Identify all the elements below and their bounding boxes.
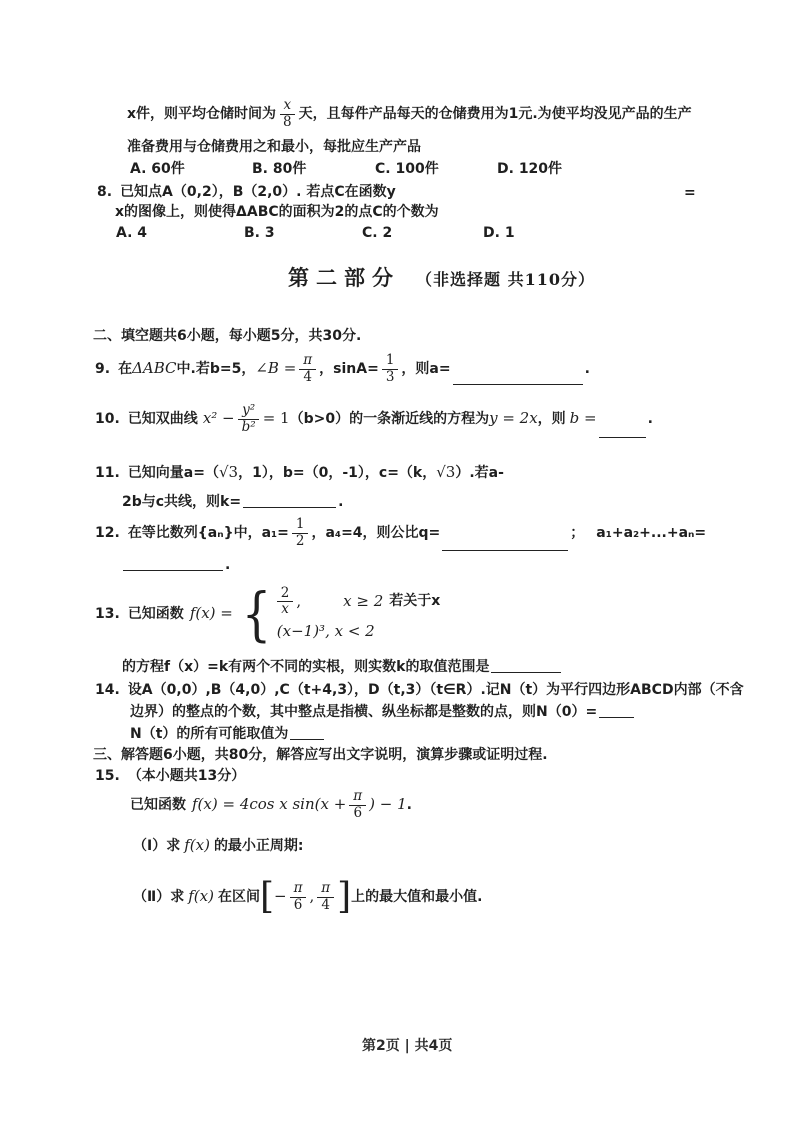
q11-line1: 11. 已知向量a=（ √3 ，1），b=（0，-1），c=（k， √3 ）.若… [95, 458, 504, 488]
left-brace-glyph: { [242, 585, 272, 643]
q12-fraction-1-over-2: 1 2 [292, 517, 309, 548]
fraction-denominator: b² [238, 420, 260, 435]
q7-option-d: D. 120件 [497, 160, 562, 178]
q15-fraction-pi-over-6: π 6 [349, 789, 366, 820]
option-label: B. 80件 [252, 160, 306, 178]
q10-line: 10. 已知双曲线 x² − y² b² = 1 （b>0）的一条渐近线的方程为… [95, 397, 653, 441]
q13-fx-equals: f(x) = [190, 604, 233, 624]
q7-option-a: A. 60件 [130, 160, 185, 178]
q12-line2: . [121, 556, 230, 574]
q10-math-eq1: = 1 [263, 409, 290, 429]
q8-line2-text: x的图像上，则使得ΔABC的面积为2的点C的个数为 [115, 203, 439, 221]
q9-period: . [585, 360, 590, 378]
q15-text-a: 已知函数 [130, 796, 186, 814]
right-bracket-glyph: ] [337, 879, 351, 915]
q8-option-d: D. 1 [483, 224, 515, 242]
option-label: C. 2 [362, 224, 392, 242]
q7-line1: x件，则平均仓储时间为 x 8 天，且每件产品每天的仓储费用为1元.为使平均没见… [127, 96, 692, 132]
q13-case1: 2 x , x ≥ 2 [277, 586, 383, 617]
q12-text-b: ，a₄=4，则公比q= [311, 524, 440, 542]
q9-fraction-pi-over-4: π 4 [299, 353, 316, 384]
q7-option-b: B. 80件 [252, 160, 306, 178]
q7-line2: 准备费用与仓储费用之和最小，每批应生产产品 [127, 138, 421, 156]
q9-triangle-abc: ΔABC [132, 359, 176, 379]
q13-line2: 的方程f（x）=k有两个不同的实根，则实数k的取值范围是 [122, 658, 563, 676]
exam-paper-page: x件，则平均仓储时间为 x 8 天，且每件产品每天的仓储费用为1元.为使平均没见… [0, 0, 793, 1122]
section3-intro: 三、解答题6小题，共80分，解答应写出文字说明，演算步骤或证明过程. [93, 746, 548, 764]
option-label: C. 100件 [375, 160, 439, 178]
section3-intro-text: 三、解答题6小题，共80分，解答应写出文字说明，演算步骤或证明过程. [93, 746, 548, 764]
q15-points-note: （本小题共13分） [128, 767, 245, 785]
fraction-denominator: 2 [292, 534, 309, 549]
fraction-numerator: 2 [277, 586, 294, 602]
q10-text-c: ，则 [538, 410, 566, 428]
q14-n0-blank [599, 705, 634, 718]
q15-part1-line: （Ⅰ）求 f(x) 的最小正周期: [133, 836, 304, 856]
q13-text-b: 若关于x [389, 592, 440, 610]
q13-line1: 13. 已知函数 f(x) = { 2 x , x ≥ 2 (x−1)³, x … [95, 582, 440, 646]
option-label: B. 3 [244, 224, 275, 242]
q7-text-post: 天，且每件产品每天的仓储费用为1元.为使平均没见产品的生产 [299, 105, 692, 123]
q8-line1-text: 已知点A（0,2），B（2,0）. 若点C在函数y [120, 183, 396, 201]
q12-line1: 12. 在等比数列{aₙ}中，a₁= 1 2 ，a₄=4，则公比q= ； a₁+… [95, 512, 706, 554]
q9-text-b: 中.若b=5， [177, 360, 256, 378]
fraction-numerator: 1 [292, 517, 309, 533]
fraction-denominator: 4 [299, 370, 316, 385]
fraction-numerator: π [317, 881, 334, 897]
q10-math-x2: x² − [203, 409, 235, 429]
q11-period: . [338, 493, 343, 511]
fraction-numerator: y² [238, 403, 259, 419]
q13-text-a: 已知函数 [128, 605, 184, 623]
q14-line1: 14. 设A（0,0）,B（4,0）,C（t+4,3），D（t,3）（t∈R）.… [95, 681, 744, 699]
fraction-numerator: π [290, 881, 307, 897]
q10-period: . [648, 410, 653, 428]
q7-fraction-x-over-8: x 8 [279, 98, 296, 129]
q13-case1-comma: , [296, 592, 301, 612]
q8-equals-sign: = [684, 184, 696, 202]
q13-case2-expression: (x−1)³, x < 2 [277, 622, 375, 642]
q13-number: 13. [95, 605, 120, 623]
q15-part2-fx: f(x) [188, 887, 214, 907]
q9-angle-b: ∠B = [255, 359, 296, 379]
q15-heading: 15. （本小题共13分） [95, 767, 245, 785]
equals-glyph: = [684, 184, 696, 202]
fraction-numerator: 1 [382, 353, 399, 369]
q13-case1-condition: x ≥ 2 [343, 592, 383, 612]
q15-part2-line: （Ⅱ）求 f(x) 在区间 [ − π 6 , π 4 ] 上的最大值和最小值. [133, 874, 482, 920]
fraction-denominator: 6 [290, 898, 307, 913]
q14-line3-text: N（t）的所有可能取值为 [130, 725, 288, 743]
q12-sum-blank [123, 558, 223, 571]
q7-text-pre: x件，则平均仓储时间为 [127, 105, 276, 123]
page-number-text: 第2页 | 共4页 [362, 1037, 452, 1055]
q8-line2: x的图像上，则使得ΔABC的面积为2的点C的个数为 [115, 203, 439, 221]
q13-case2: (x−1)³, x < 2 [277, 622, 383, 642]
q11-sqrt3-first: √3 [219, 463, 238, 483]
option-label: A. 60件 [130, 160, 185, 178]
fraction-numerator: π [299, 353, 316, 369]
q14-line3: N（t）的所有可能取值为 [130, 725, 326, 743]
fraction-denominator: 6 [349, 806, 366, 821]
q8-line1: 8. 已知点A（0,2），B（2,0）. 若点C在函数y [97, 183, 396, 201]
q9-answer-blank [453, 372, 583, 385]
q9-text-c: ，sinA= [319, 360, 379, 378]
fraction-denominator: 8 [279, 115, 296, 130]
fraction-denominator: 4 [317, 898, 334, 913]
option-label: D. 1 [483, 224, 515, 242]
q9-text-d: ，则a= [401, 360, 450, 378]
q11-line2: 2b与c共线，则k= . [122, 493, 343, 511]
q13-answer-blank [491, 660, 561, 673]
q15-part2-post: 上的最大值和最小值. [351, 888, 482, 906]
q10-math-y-2x: y = 2x [489, 409, 538, 429]
q10-math-b: b = [570, 409, 597, 429]
q9-number: 9. [95, 360, 110, 378]
q11-sqrt3-second: √3 [436, 463, 455, 483]
q15-number: 15. [95, 767, 120, 785]
left-bracket-glyph: [ [260, 879, 274, 915]
q15-part2-mid: 在区间 [218, 888, 260, 906]
part2-subtitle: （非选择题 共110分） [416, 270, 595, 291]
q15-part2-pre: （Ⅱ）求 [133, 888, 184, 906]
q10-text-a: 已知双曲线 [128, 410, 198, 428]
q15-part1-fx: f(x) [184, 836, 210, 856]
fraction-denominator: 3 [382, 370, 399, 385]
page-footer: 第2页 | 共4页 [362, 1037, 452, 1055]
q15-fraction-pi-over-6-interval: π 6 [290, 881, 307, 912]
q9-fraction-1-over-3: 1 3 [382, 353, 399, 384]
q9-text-a: 在 [118, 360, 132, 378]
q13-fraction-2-over-x: 2 x [277, 586, 294, 617]
q12-text-a: 在等比数列{aₙ}中，a₁= [128, 524, 289, 542]
q7-line2-text: 准备费用与仓储费用之和最小，每批应生产产品 [127, 138, 421, 156]
q15-interval-comma: , [309, 887, 314, 907]
q14-line1-text: 设A（0,0）,B（4,0）,C（t+4,3），D（t,3）（t∈R）.记N（t… [128, 681, 744, 699]
q8-number: 8. [97, 183, 112, 201]
part2-title: 第二部分 [288, 264, 400, 291]
q8-option-b: B. 3 [244, 224, 275, 242]
q14-number: 14. [95, 681, 120, 699]
section2-intro-text: 二、填空题共6小题，每小题5分，共30分. [93, 327, 361, 345]
q15-function-tail: ) − 1 [369, 795, 407, 815]
q7-option-c: C. 100件 [375, 160, 439, 178]
option-label: D. 120件 [497, 160, 562, 178]
q11-text-c: ）.若a- [455, 464, 504, 482]
q11-text-a: 已知向量a=（ [128, 464, 219, 482]
q8-option-c: C. 2 [362, 224, 392, 242]
q14-nt-blank [290, 727, 324, 740]
q11-text-b: ，1），b=（0，-1），c=（k， [238, 464, 436, 482]
q15-formula-line: 已知函数 f(x) = 4cos x sin(x + π 6 ) − 1 . [130, 786, 412, 824]
q11-answer-blank [243, 495, 336, 508]
fraction-denominator: x [277, 602, 293, 617]
option-label: A. 4 [116, 224, 147, 242]
q12-sum-expression: a₁+a₂+...+aₙ= [596, 524, 706, 542]
q15-part1-post: 的最小正周期: [214, 837, 304, 855]
q15-minus-sign: − [274, 887, 287, 907]
q13-line2-text: 的方程f（x）=k有两个不同的实根，则实数k的取值范围是 [122, 658, 489, 676]
q15-period-mark: . [407, 796, 412, 814]
q8-option-a: A. 4 [116, 224, 147, 242]
q14-line2: 边界）的整点的个数，其中整点是指横、纵坐标都是整数的点，则N（0）= [130, 703, 636, 721]
q11-number: 11. [95, 464, 120, 482]
q15-function-expression: f(x) = 4cos x sin(x + [192, 795, 346, 815]
part2-heading: 第二部分 （非选择题 共110分） [288, 264, 595, 291]
q10-answer-blank [599, 425, 646, 438]
q15-fraction-pi-over-4-interval: π 4 [317, 881, 334, 912]
q13-piecewise-function: { 2 x , x ≥ 2 (x−1)³, x < 2 [238, 585, 383, 643]
q10-text-b: （b>0）的一条渐近线的方程为 [290, 410, 490, 428]
q10-fraction-y2-over-b2: y² b² [238, 403, 260, 434]
q14-line2-text: 边界）的整点的个数，其中整点是指横、纵坐标都是整数的点，则N（0）= [130, 703, 597, 721]
q12-period: . [225, 556, 230, 574]
q15-part1-pre: （Ⅰ）求 [133, 837, 180, 855]
q13-cases-rows: 2 x , x ≥ 2 (x−1)³, x < 2 [277, 586, 383, 642]
q11-line2-text: 2b与c共线，则k= [122, 493, 241, 511]
fraction-numerator: x [280, 98, 296, 114]
q12-semicolon: ； [570, 524, 584, 542]
q9-line: 9. 在 ΔABC 中.若b=5， ∠B = π 4 ，sinA= 1 3 ，则… [95, 350, 590, 388]
fraction-numerator: π [349, 789, 366, 805]
q10-number: 10. [95, 410, 120, 428]
q12-number: 12. [95, 524, 120, 542]
q12-ratio-blank [442, 538, 568, 551]
section2-intro: 二、填空题共6小题，每小题5分，共30分. [93, 327, 361, 345]
